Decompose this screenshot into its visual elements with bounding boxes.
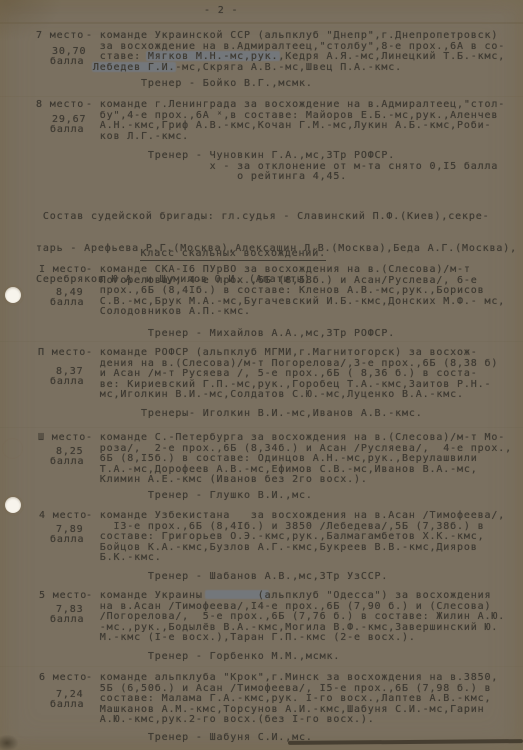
entry-line: - команде Украинской ССР (альпклуб "Днеп… xyxy=(86,31,523,42)
crease-line xyxy=(0,666,523,667)
entry-line: - команде Украины (альпклуб "Одесса") за… xyxy=(86,591,523,602)
trainer-line: Тренеры- Иголкин В.И.-мс,Иванов А.В.-кмс… xyxy=(86,409,523,420)
crease-line xyxy=(0,96,523,97)
place-label: 5 место xyxy=(39,591,87,602)
entry-line: Солодовников А.П.-кмс. xyxy=(86,307,523,318)
entry-line: - команде г.Ленинграда за восхождение на… xyxy=(86,100,523,111)
judges-line: Состав судейской бригады: гл.судья - Сла… xyxy=(36,212,517,223)
entry-line: А.Ю.-кмс,рук.2-го восх.(без I-го восх.). xyxy=(86,715,523,726)
score-unit: балла xyxy=(50,700,84,711)
entry-line: - команде СКА-I6 ПУрВО за восхождения на… xyxy=(86,265,523,276)
trainer-line: Тренер - Чуновкин Г.А.,мс,ЗТр РОФСР. xyxy=(86,151,523,162)
crease-line xyxy=(0,22,523,24)
document-page: - 2 - 7 место 30,70 балла - команде Укра… xyxy=(0,0,523,750)
score-unit: балла xyxy=(50,457,84,468)
page-number: - 2 - xyxy=(204,6,238,17)
entry-line: Б.К.-кмс. xyxy=(86,553,523,564)
entry-body: - команде С.-Петербурга за восхождения н… xyxy=(86,433,523,501)
entry-line: - команде РОФСР (альпклуб МГМИ,г.Магнито… xyxy=(86,348,523,359)
entry-line: Лебедев Г.И.-мс,Скряга А.В.-мс,Швец П.А.… xyxy=(86,63,523,74)
score-unit: балла xyxy=(50,535,84,546)
trainer-line: Тренер - Горбенко М.М.,мсмк. xyxy=(86,652,523,663)
trainer-line: Тренер - Бойко В.Г.,мсмк. xyxy=(86,79,523,90)
place-label: 8 место xyxy=(36,100,84,111)
entry-line: /Погорелова/, 5-е прох.,6Б (7,76 б.) в с… xyxy=(86,612,523,623)
entry-line: ков Л.Г.-кмс. xyxy=(86,132,523,143)
entry-line: составе: Григорьев О.Э.-кмс,рук.,Балмага… xyxy=(86,532,523,543)
entry-body: - команде Украинской ССР (альпклуб "Днеп… xyxy=(86,31,523,90)
place-label: 6 место xyxy=(39,673,87,684)
hole-punch-ring xyxy=(2,438,23,459)
entry-body: - команде РОФСР (альпклуб МГМИ,г.Магнито… xyxy=(86,348,523,419)
entry-body: - команде Украины (альпклуб "Одесса") за… xyxy=(86,591,523,662)
hole-punch xyxy=(5,287,21,303)
place-label: I место xyxy=(39,265,87,276)
score-unit: балла xyxy=(50,377,84,388)
entry-line: и Асан /м-т Русяева /, 5-е прох.,6Б ( 8,… xyxy=(86,369,523,380)
trainer-line: Тренер - Шабанов А.В.,мс,ЗТр УзССР. xyxy=(86,572,523,583)
crease-line xyxy=(0,341,523,342)
score-unit: балла xyxy=(50,298,84,309)
entry-line: Климин А.Е.-кмс (Иванов без 2го восх.). xyxy=(86,475,523,486)
entry-line: - команде Узбекистана за восхождения на … xyxy=(86,511,523,522)
entry-body: - команде СКА-I6 ПУрВО за восхождения на… xyxy=(86,265,523,339)
entry-body: - команде г.Ленинграда за восхождение на… xyxy=(86,100,523,183)
place-label: П место xyxy=(38,348,86,359)
hole-punch xyxy=(5,497,21,513)
note-line: о рейтинга 4,45. xyxy=(86,172,523,183)
trainer-line: Тренер - Глушко В.И.,мс. xyxy=(86,491,523,502)
entry-line: 6Б (8,I5б.) в составе: Одинцов А.Н.-мс,р… xyxy=(86,454,523,465)
entry-line: составе: Малама Г.А.-кмс,рук. I-го восх.… xyxy=(86,694,523,705)
entry-line: М.-кмс (I-е восх.),Таран Г.П.-кмс (2-е в… xyxy=(86,633,523,644)
place-label: 4 место xyxy=(39,511,87,522)
scan-bottom-corner-shadow xyxy=(0,735,18,750)
score-unit: балла xyxy=(50,125,84,136)
entry-body: - команде Узбекистана за восхождения на … xyxy=(86,511,523,582)
score-unit: балла xyxy=(50,615,84,626)
entry-line: прох.,6Б (8,4Iб.) в составе: Кленов А.В.… xyxy=(86,286,523,297)
entry-body: - команде альпклуба "Крок",г.Минск за во… xyxy=(86,673,523,743)
place-label: 7 место xyxy=(36,31,84,42)
section-heading-text: Класс скальных восхождений. xyxy=(140,248,326,261)
trainer-line: Тренер - Михайлов А.А.,мс,ЗТр РОФСР. xyxy=(86,329,523,340)
place-label: Ш место xyxy=(38,433,86,444)
entry-line: А.Н.-кмс,Гриф А.В.-кмс,Кочан Г.М.-мс,Лук… xyxy=(86,121,523,132)
crease-line xyxy=(0,427,523,428)
entry-line: ставе: Мягков М.Н.-мс,рук.,Кедря А.Я.-мс… xyxy=(86,52,523,63)
entry-line: - команде альпклуба "Крок",г.Минск за во… xyxy=(86,673,523,684)
score-unit: балла xyxy=(50,57,84,68)
entry-line: мс,Иголкин В.И.-мс,Солдатов С.Ю.-мс,Луце… xyxy=(86,390,523,401)
entry-line: - команде С.-Петербурга за восхождения н… xyxy=(86,433,523,444)
scan-bottom-edge xyxy=(288,739,523,745)
